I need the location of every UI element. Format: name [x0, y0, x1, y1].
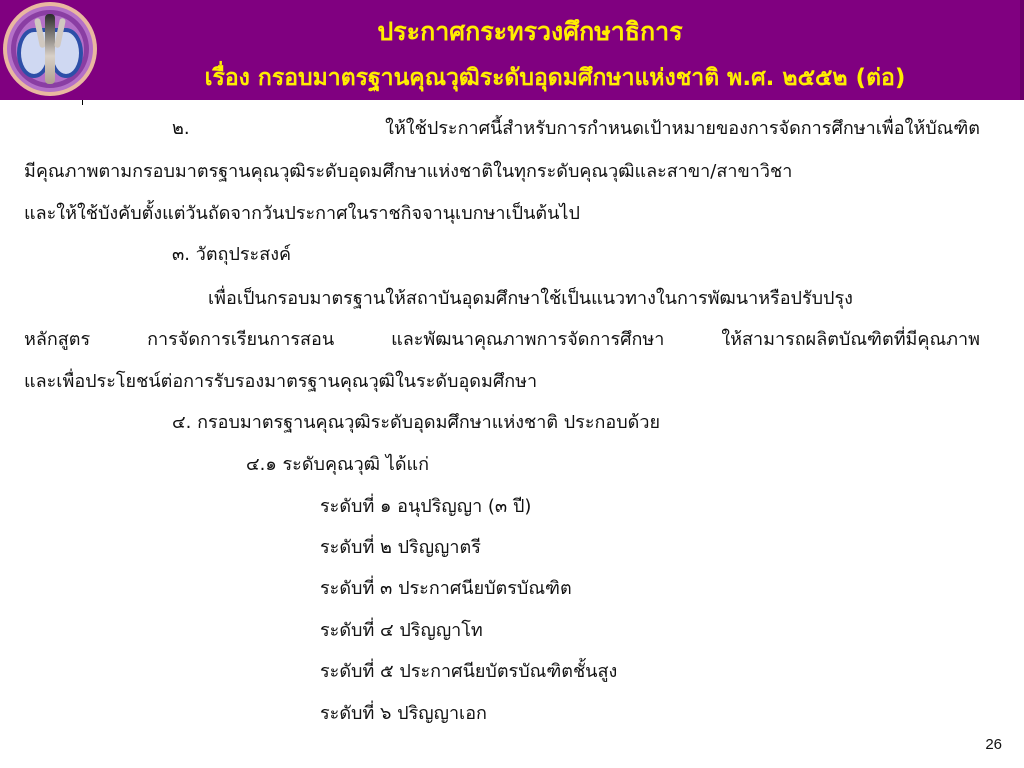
- section3-heading: ๓. วัตถุประสงค์: [172, 240, 291, 270]
- qualification-level-item: ระดับที่ ๖ ปริญญาเอก: [320, 699, 487, 729]
- qualification-level-item: ระดับที่ ๕ ประกาศนียบัตรบัณฑิตชั้นสูง: [320, 657, 617, 687]
- section2-line1: ๒. ให้ใช้ประกาศนี้สำหรับการกำหนดเป้าหมาย…: [172, 114, 980, 144]
- qualification-level-item: ระดับที่ ๑ อนุปริญญา (๓ ปี): [320, 492, 531, 522]
- section4-heading: ๔. กรอบมาตรฐานคุณวุฒิระดับอุดมศึกษาแห่งช…: [172, 408, 660, 438]
- slide: ประกาศกระทรวงศึกษาธิการ เรื่อง กรอบมาตรฐ…: [0, 0, 1024, 768]
- section4-subheading: ๔.๑ ระดับคุณวุฒิ ได้แก่: [246, 450, 429, 480]
- section2-line2: มีคุณภาพตามกรอบมาตรฐานคุณวุฒิระดับอุดมศึ…: [24, 157, 980, 187]
- page-number: 26: [985, 736, 1002, 753]
- section3-line1: เพื่อเป็นกรอบมาตรฐานให้สถาบันอุดมศึกษาใช…: [208, 284, 980, 314]
- document-body: ๒. ให้ใช้ประกาศนี้สำหรับการกำหนดเป้าหมาย…: [0, 0, 1024, 768]
- qualification-level-item: ระดับที่ ๔ ปริญญาโท: [320, 616, 483, 646]
- section2-line3: และให้ใช้บังคับตั้งแต่วันถัดจากวันประกาศ…: [24, 199, 580, 229]
- qualification-level-item: ระดับที่ ๓ ประกาศนียบัตรบัณฑิต: [320, 574, 572, 604]
- section3-line3: และเพื่อประโยชน์ต่อการรับรองมาตรฐานคุณวุ…: [24, 367, 537, 397]
- qualification-level-item: ระดับที่ ๒ ปริญญาตรี: [320, 533, 481, 563]
- section3-line2: หลักสูตร การจัดการเรียนการสอน และพัฒนาคุ…: [24, 325, 980, 355]
